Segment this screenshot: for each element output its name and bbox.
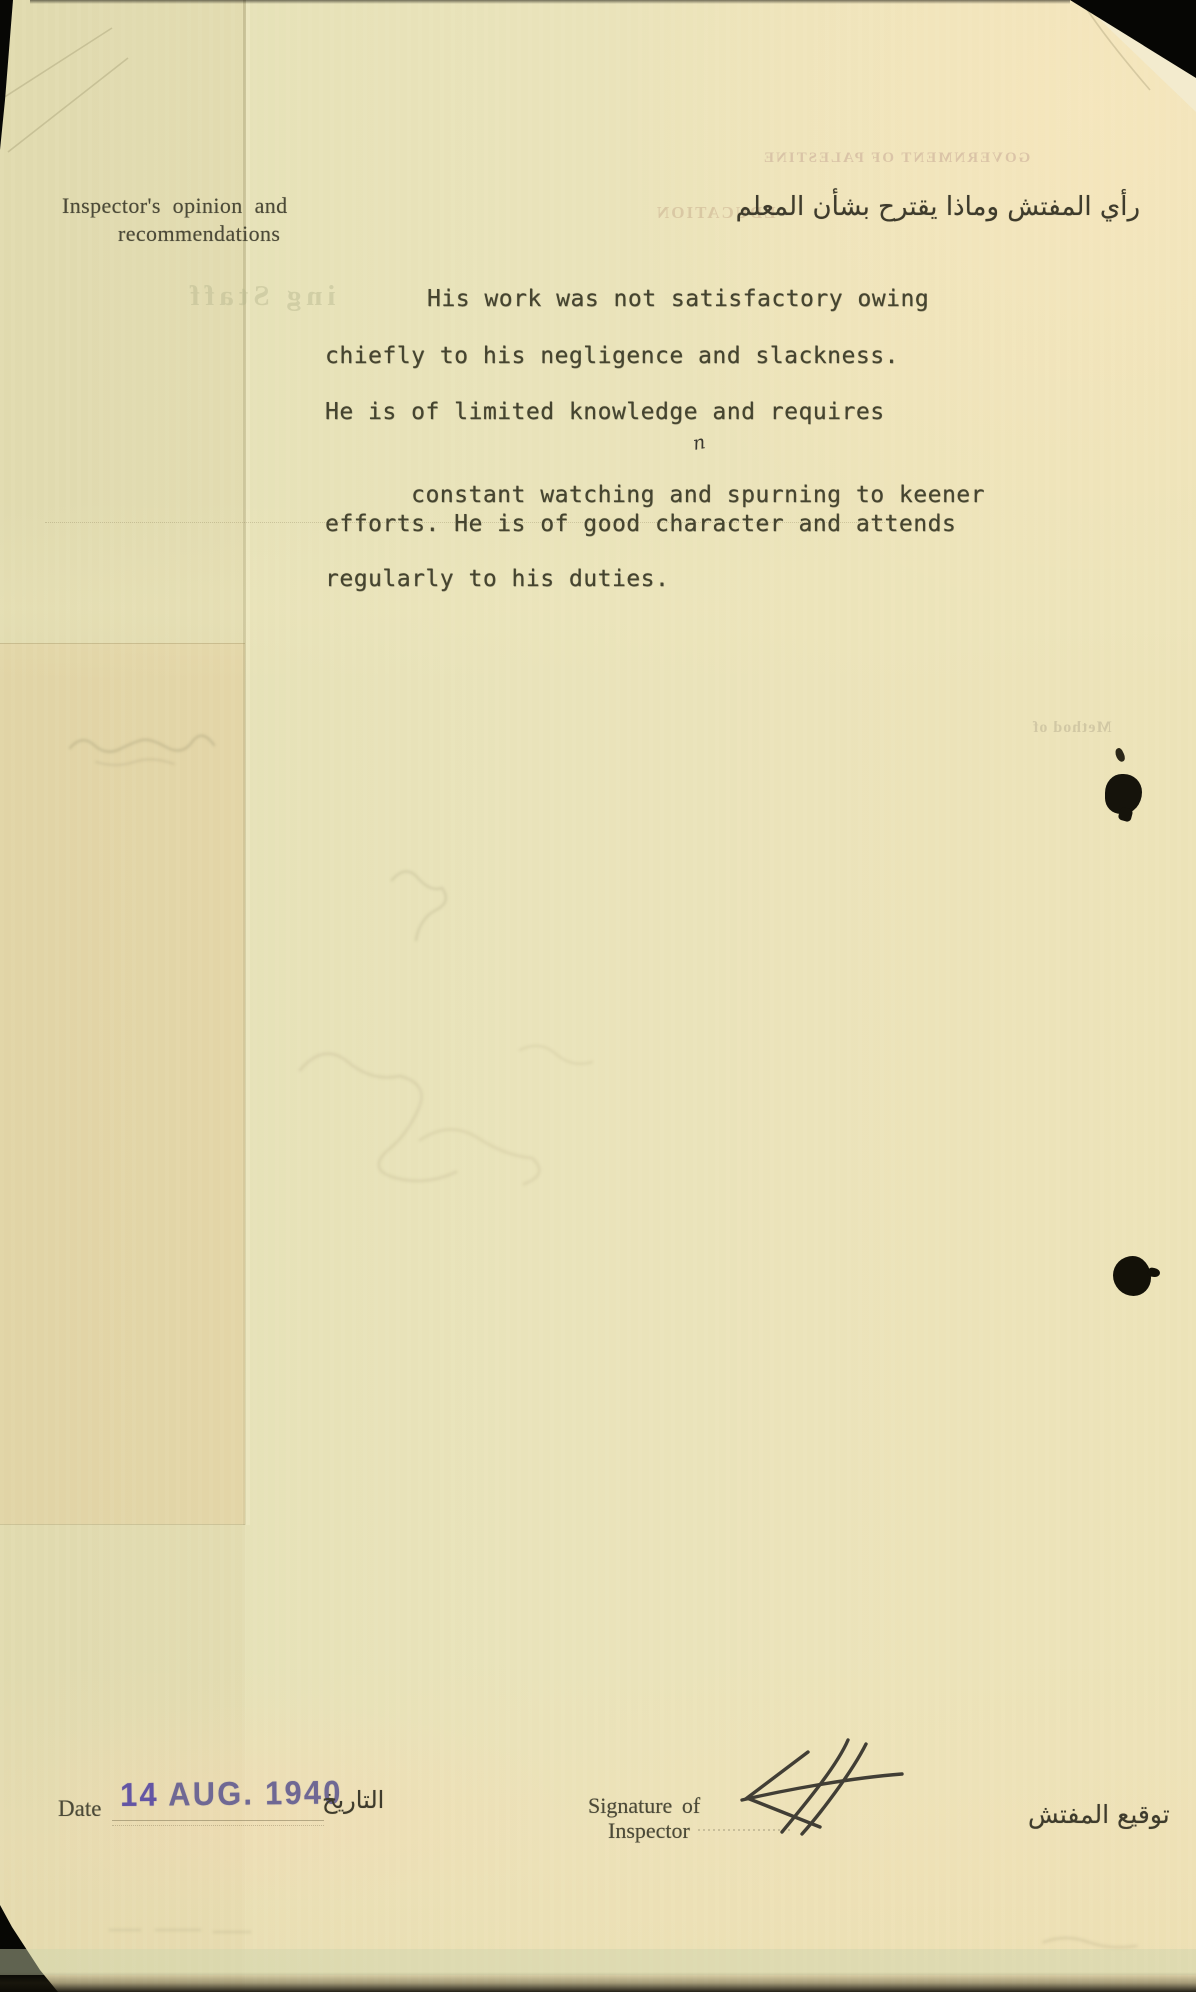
opinion-line-5: efforts. He is of good character and att… (325, 511, 956, 537)
bleedthrough-government-line: GOVERNMENT OF PALESTINE (762, 150, 1030, 167)
header-english-line1: Inspector's opinion and (62, 193, 288, 219)
scan-corner-bottomleft (0, 1895, 70, 1992)
date-label: Date (58, 1796, 101, 1822)
bleedthrough-staff-line: ing Staff (185, 280, 336, 313)
date-stamp-month-year: AUG. 1940 (168, 1773, 343, 1812)
ink-blot-top-tail (1118, 807, 1134, 823)
signature-label-arabic: توقيع المفتش (1028, 1800, 1170, 1829)
handwritten-inserted-letter: n (691, 431, 707, 455)
opinion-line-2: chiefly to his negligence and slackness. (325, 343, 899, 369)
ink-blot-bottom-tail (1147, 1267, 1160, 1278)
ink-blot-bottom (1113, 1256, 1151, 1296)
signature-label-line2: Inspector (608, 1818, 690, 1844)
date-label-arabic: التاريخ (322, 1786, 384, 1814)
folded-corner (0, 0, 1196, 130)
signature-label-line1: Signature of (588, 1793, 700, 1819)
scan-corner-topright (0, 0, 1196, 120)
scan-edge-bottom-band (0, 1949, 1196, 1975)
date-stamp: 14AUG. 1940 (120, 1773, 343, 1814)
scan-corner-topleft (0, 0, 20, 160)
opinion-line-4: constant watching and spurning to keener… (325, 456, 985, 560)
paper-tone-left-patch (0, 643, 245, 1524)
left-strip-crease-bottom (0, 1524, 245, 1525)
date-underline-dotted (112, 1825, 324, 1826)
opinion-line-1: His work was not satisfactory owing (427, 286, 929, 312)
scanned-document-page: GOVERNMENT OF PALESTINE EDUCATION ing St… (0, 0, 1196, 1992)
header-english-line2: recommendations (118, 221, 280, 247)
scan-edge-top (30, 0, 1070, 4)
opinion-line-6: regularly to his duties. (325, 566, 669, 592)
bleedthrough-method-line: Method of (1032, 719, 1112, 737)
scan-edge-bottom (0, 1972, 1196, 1992)
header-arabic: رأي المفتش وماذا يقترح بشأن المعلم (736, 192, 1140, 222)
left-strip-crease-top (0, 643, 245, 644)
inspector-signature (690, 1730, 920, 1845)
date-stamp-day: 14 (120, 1776, 159, 1813)
opinion-line-3: He is of limited knowledge and requires (325, 399, 885, 425)
date-underline (112, 1820, 324, 1821)
paper-tone-bottom (0, 1662, 1196, 1992)
ink-speck (1113, 747, 1126, 763)
